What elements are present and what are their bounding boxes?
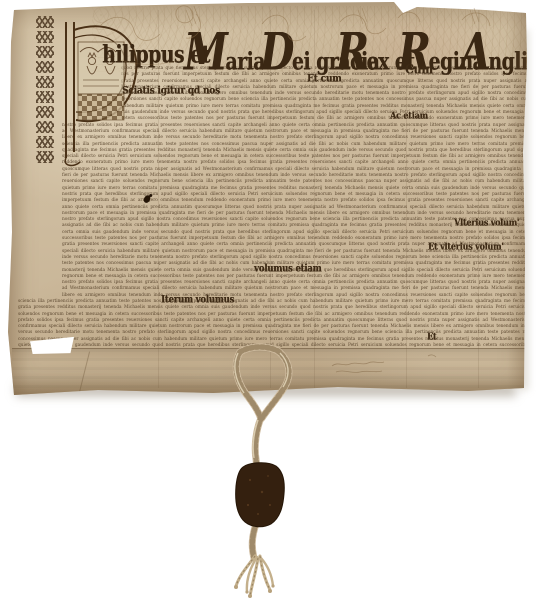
parchment-sheet: hilippus etMariaDei graciaRex etReginaAn…	[8, 2, 528, 396]
emphasized-phrase: volumus etiam	[254, 263, 321, 275]
cord-tassel	[234, 556, 275, 598]
emphasized-phrase: Sciatis igitur qd nos	[122, 85, 220, 97]
charter-scan: hilippus etMariaDei graciaRex etReginaAn…	[0, 0, 536, 600]
emphasized-phrase: Iterum volumus	[161, 294, 234, 306]
emphasized-phrase: Ac etiam	[390, 109, 428, 121]
heading-word: Maria	[184, 40, 265, 73]
emphasized-phrase: Et vlterius volum'	[428, 240, 504, 252]
emphasized-phrase: Et	[427, 330, 436, 342]
wax-seal	[236, 463, 285, 527]
plica-fold	[12, 348, 526, 395]
seal-specks	[247, 475, 271, 515]
emphasized-phrase: Cum	[405, 62, 433, 77]
emphasized-phrase: Vlterius volum'	[454, 216, 519, 228]
heading-word: Anglie	[460, 40, 536, 73]
tassel-ends	[234, 584, 275, 598]
emphasized-phrase: Et cum	[307, 73, 342, 85]
plica-crease	[79, 352, 90, 393]
checkerboard-floor	[78, 94, 124, 120]
